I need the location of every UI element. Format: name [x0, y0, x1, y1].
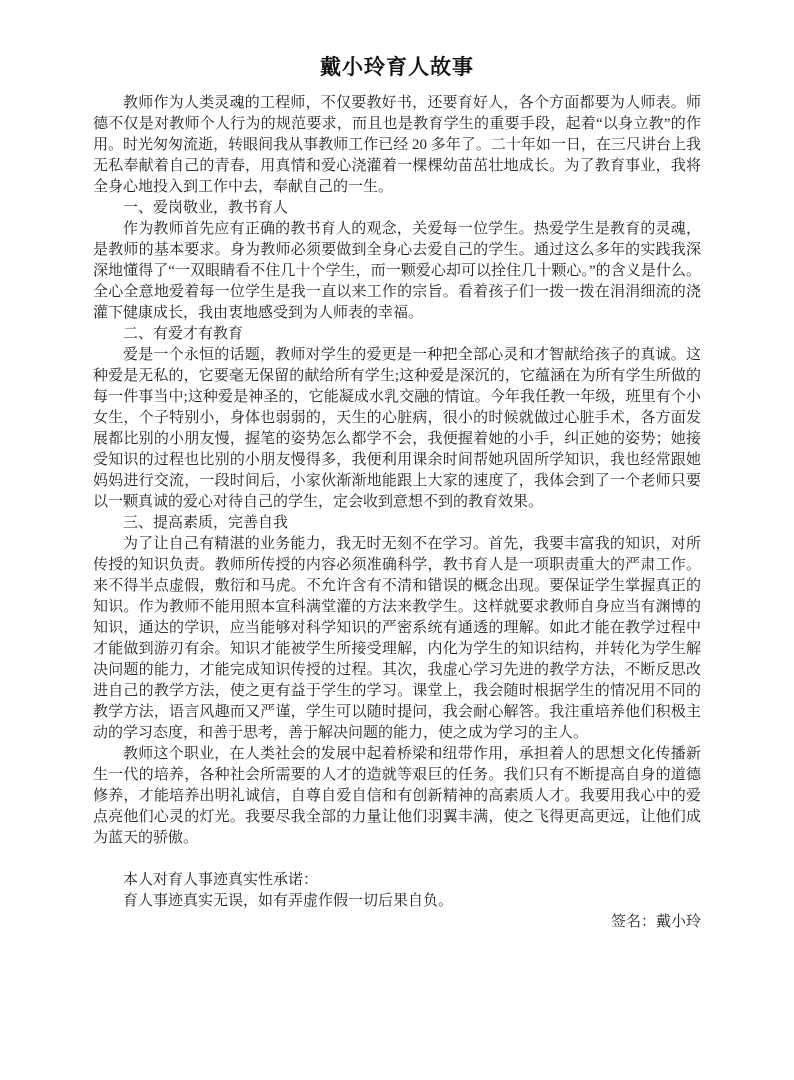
document-title: 戴小玲育人故事: [93, 54, 701, 81]
paragraph-section-3: 为了让自己有精湛的业务能力，我无时无刻不在学习。首先，我要丰富我的知识，对所传授…: [93, 534, 701, 744]
document-page: 戴小玲育人故事 教师作为人类灵魂的工程师，不仅要教好书，还要育好人，各个方面都要…: [0, 0, 794, 1080]
pledge-statement-line: 本人对育人事迹真实性承诺：: [93, 870, 701, 891]
signature-line: 签名：戴小玲: [93, 912, 701, 933]
section-heading-1: 一、爱岗敬业，教书育人: [93, 198, 701, 219]
paragraph-section-1: 作为教师首先应有正确的教书育人的观念，关爱每一位学生。热爱学生是教育的灵魂，是教…: [93, 219, 701, 324]
section-heading-2: 二、有爱才有教育: [93, 324, 701, 345]
paragraph-section-2: 爱是一个永恒的话题，教师对学生的爱更是一种把全部心灵和才智献给孩子的真诚。这种爱…: [93, 345, 701, 513]
section-heading-3: 三、提高素质，完善自我: [93, 513, 701, 534]
paragraph-closing: 教师这个职业，在人类社会的发展中起着桥梁和纽带作用，承担着人的思想文化传播新生一…: [93, 744, 701, 849]
pledge-declaration-line: 育人事迹真实无误，如有弄虚作假一切后果自负。: [93, 891, 701, 912]
paragraph-intro: 教师作为人类灵魂的工程师，不仅要教好书，还要育好人，各个方面都要为人师表。师德不…: [93, 93, 701, 198]
